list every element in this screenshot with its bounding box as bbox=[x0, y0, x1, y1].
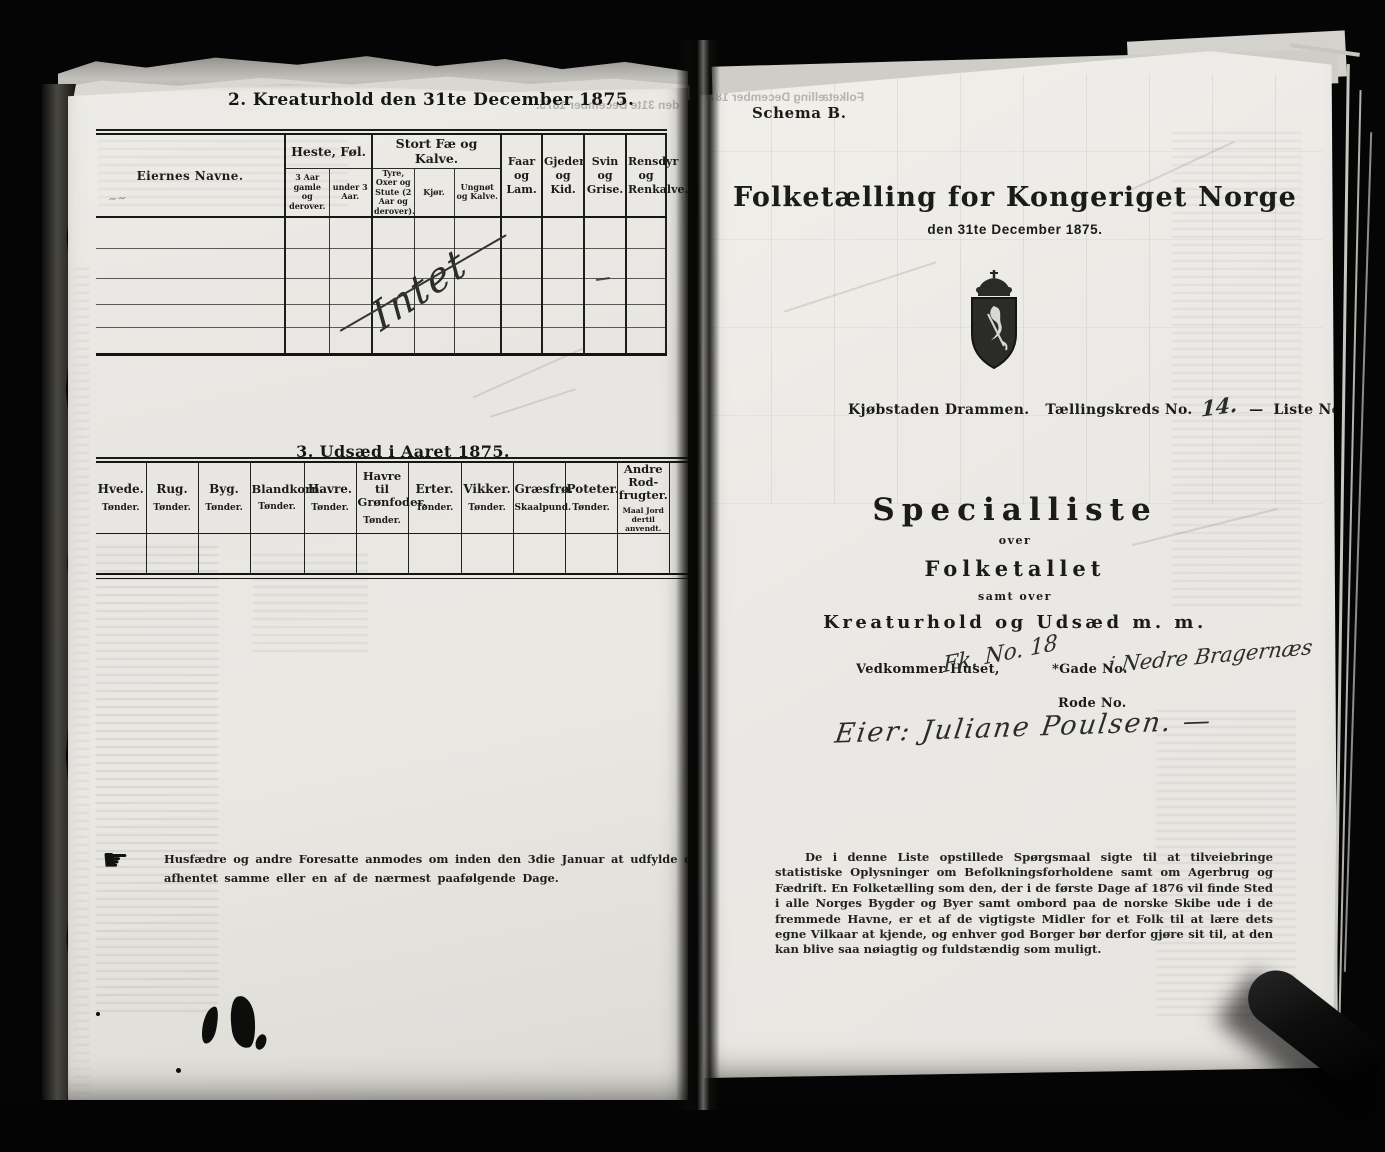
column-header-owner-names: Eiernes Navne. bbox=[96, 135, 285, 217]
column-header-pigs: Svin og Grise. bbox=[584, 135, 626, 217]
crop-name: Vikker. bbox=[463, 483, 512, 497]
crop-unit: Tønder. bbox=[306, 503, 355, 513]
subcolumn-cattle-bulls: Tyre, Oxer og Stute (2 Aar og derover). bbox=[372, 168, 414, 217]
crop-unit: Tønder. bbox=[97, 503, 145, 513]
manicule-icon: ☛ bbox=[102, 846, 129, 876]
crop-name: Rug. bbox=[148, 483, 197, 497]
crop-column-header: Vikker.Tønder. bbox=[461, 463, 513, 533]
crop-unit: Tønder. bbox=[567, 503, 616, 513]
bleedthrough-margin-column bbox=[74, 262, 90, 1102]
crop-unit: Tønder. bbox=[410, 503, 460, 513]
crop-unit: Tønder. bbox=[463, 503, 512, 513]
table-row bbox=[96, 248, 666, 278]
ink-blot bbox=[228, 995, 257, 1049]
heading-samt-over: samt over bbox=[730, 590, 1300, 603]
crop-column-header: Rug.Tønder. bbox=[146, 463, 198, 533]
ink-speck bbox=[96, 1012, 100, 1016]
left-page: den 31te December 1875. 2. Kreaturhold d… bbox=[68, 82, 688, 1104]
table-row bbox=[96, 217, 666, 248]
crop-name: Blandkorn. bbox=[252, 483, 303, 496]
crop-name: Havre. bbox=[306, 483, 355, 497]
crop-unit: Tønder. bbox=[148, 503, 197, 513]
street-name-handwritten: i Nedre Bragernæs bbox=[1107, 635, 1314, 677]
pen-squiggle: ∼∼ bbox=[107, 191, 127, 206]
info-paragraph: De i denne Liste opstillede Spørgsmaal s… bbox=[775, 850, 1273, 958]
subcolumn-horses-young: under 3 Aar. bbox=[329, 168, 372, 217]
subcolumn-cattle-cows: Kjør. bbox=[414, 168, 454, 217]
list-number-label: Liste No. bbox=[1273, 402, 1346, 418]
scanned-census-spread: den 31te December 1875. 2. Kreaturhold d… bbox=[0, 0, 1385, 1152]
house-number-handwritten: Fk. No. 18 bbox=[943, 631, 1058, 679]
crop-name: Byg. bbox=[200, 483, 249, 497]
livestock-table-title: 2. Kreaturhold den 31te December 1875. bbox=[228, 90, 568, 110]
bleedthrough-text-block bbox=[96, 540, 218, 1012]
ink-blot bbox=[254, 1033, 269, 1051]
municipality-label: Kjøbstaden Drammen. bbox=[848, 402, 1029, 418]
crop-unit: Tønder. bbox=[358, 516, 407, 526]
crop-column-header: Poteter.Tønder. bbox=[565, 463, 617, 533]
crops-table: Hvede.Tønder. Rug.Tønder. Byg.Tønder. Bl… bbox=[96, 461, 716, 575]
census-title: Folketælling for Kongeriget Norge bbox=[730, 182, 1300, 213]
subcolumn-cattle-calves: Ungnøt og Kalve. bbox=[454, 168, 501, 217]
crop-unit: Skaalpund. bbox=[515, 503, 564, 513]
column-header-reindeer: Rensdyr og Renkalve. bbox=[626, 135, 666, 217]
crop-unit: Maal Jord dertil anvendt. bbox=[619, 506, 669, 533]
district-number-value-handwritten: 14. bbox=[1200, 391, 1237, 421]
heading-kreaturhold: Kreaturhold og Udsæd m. m. bbox=[730, 612, 1300, 633]
crop-column-header: Græsfrø.Skaalpund. bbox=[513, 463, 565, 533]
gutter-shadow bbox=[676, 40, 720, 1110]
column-header-sheep: Faar og Lam. bbox=[501, 135, 542, 217]
crop-column-header: Andre Rod­frugter.Maal Jord dertil anven… bbox=[617, 463, 670, 533]
ink-speck bbox=[176, 1068, 181, 1073]
crop-name: Græsfrø. bbox=[515, 483, 564, 497]
right-page: Folketælling December 1875 Schema B. Fol… bbox=[700, 46, 1338, 1078]
census-date: den 31te December 1875. bbox=[730, 222, 1300, 237]
crop-name: Erter. bbox=[410, 483, 460, 497]
crop-column-header: Hvede.Tønder. bbox=[96, 463, 146, 533]
crop-name: Poteter. bbox=[567, 483, 616, 497]
column-header-goats: Gjeder og Kid. bbox=[542, 135, 584, 217]
crop-name: Havre til Grønfoder. bbox=[358, 470, 407, 510]
crop-name: Hvede. bbox=[97, 483, 145, 497]
separator-dash: — bbox=[1249, 402, 1263, 418]
subcolumn-horses-old: 3 Aar gamle og derover. bbox=[285, 168, 329, 217]
heading-over: over bbox=[730, 534, 1300, 547]
crop-column-header: Havre til Grønfoder.Tønder. bbox=[356, 463, 408, 533]
crop-column-header: Blandkorn.Tønder. bbox=[250, 463, 304, 533]
bleedthrough-handwriting-stroke bbox=[490, 388, 576, 418]
speciallist-heading: Specialliste bbox=[730, 492, 1300, 528]
location-line: Kjøbstaden Drammen. Tællingskreds No. 14… bbox=[848, 390, 1385, 421]
column-group-horses: Heste, Føl. bbox=[285, 135, 372, 168]
heading-folketallet: Folketallet bbox=[730, 556, 1300, 581]
coat-of-arms-icon bbox=[964, 268, 1024, 374]
column-group-cattle: Stort Fæ og Kalve. bbox=[372, 135, 501, 168]
crop-name: Andre Rod­frugter. bbox=[619, 463, 669, 503]
footnote-line2: afhentet samme eller en af de nærmest pa… bbox=[164, 871, 559, 885]
crop-column-header: Havre.Tønder. bbox=[304, 463, 356, 533]
district-number-label: Tællingskreds No. bbox=[1045, 402, 1192, 418]
table-row bbox=[96, 533, 670, 573]
schema-label: Schema B. bbox=[752, 104, 847, 122]
crop-unit: Tønder. bbox=[252, 502, 303, 512]
crop-unit: Tønder. bbox=[200, 503, 249, 513]
crop-column-header: Byg.Tønder. bbox=[198, 463, 250, 533]
